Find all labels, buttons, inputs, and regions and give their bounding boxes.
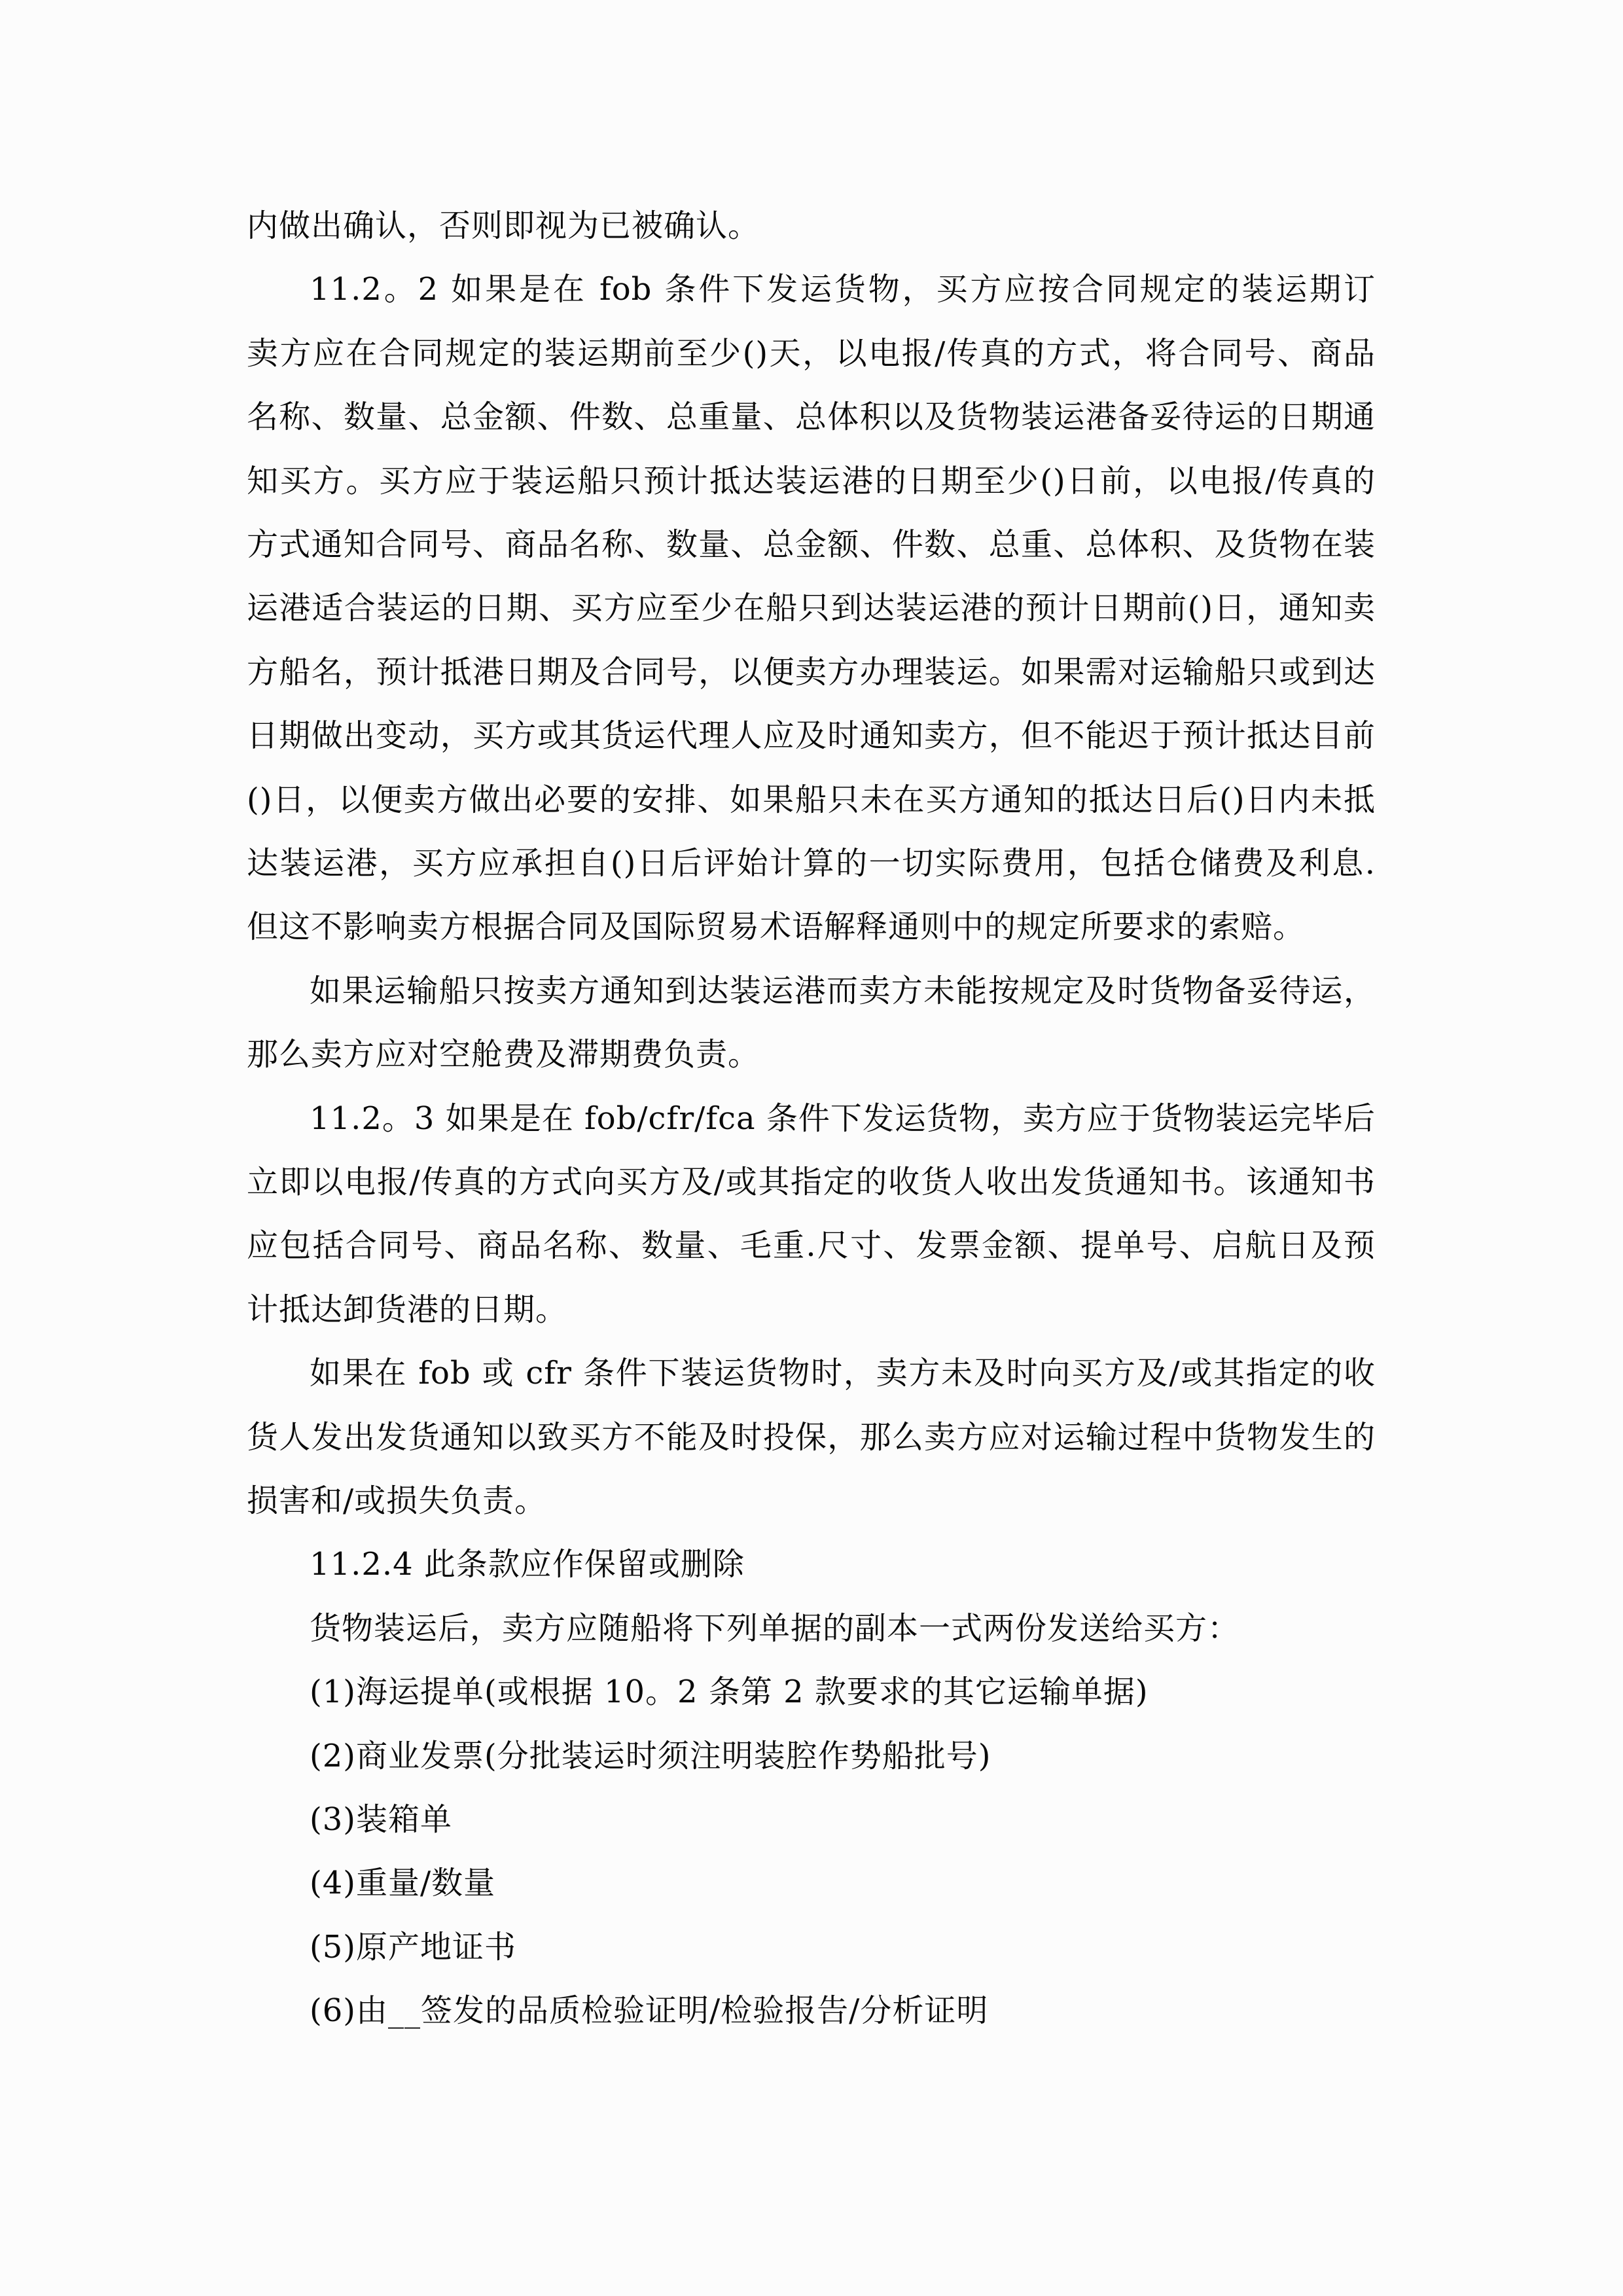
text-line: 货人发出发货通知以致买方不能及时投保，那么卖方应对运输过程中货物发生的: [247, 1418, 1376, 1457]
text-line: 卖方应在合同规定的装运期前至少()天，以电报/传真的方式，将合同号、商品: [247, 334, 1376, 373]
text-line: (4)重量/数量: [310, 1863, 1376, 1903]
text-line: (6)由__签发的品质检验证明/检验报告/分析证明: [310, 1991, 1376, 2030]
text-line: 名称、数量、总金额、件数、总重量、总体积以及货物装运港备妥待运的日期通: [247, 397, 1376, 437]
text-line: 11.2。2 如果是在 fob 条件下发运货物，买方应按合同规定的装运期订舱。: [310, 270, 1376, 309]
text-line: 那么卖方应对空舱费及滞期费负责。: [247, 1035, 1376, 1074]
text-line: (1)海运提单(或根据 10。2 条第 2 款要求的其它运输单据): [310, 1672, 1376, 1712]
text-line: (2)商业发票(分批装运时须注明装腔作势船批号): [310, 1736, 1376, 1776]
text-line: (3)装箱单: [310, 1800, 1376, 1839]
text-line: 运港适合装运的日期、买方应至少在船只到达装运港的预计日期前()日，通知卖: [247, 588, 1376, 628]
text-line: ()日，以便卖方做出必要的安排、如果船只未在买方通知的抵达日后()日内未抵: [247, 780, 1376, 819]
text-line: 货物装运后，卖方应随船将下列单据的副本一式两份发送给买方：: [310, 1609, 1376, 1648]
text-line: 立即以电报/传真的方式向买方及/或其指定的收货人收出发货通知书。该通知书: [247, 1162, 1376, 1202]
text-line: 内做出确认，否则即视为已被确认。: [247, 206, 1376, 245]
text-line: 如果运输船只按卖方通知到达装运港而卖方未能按规定及时货物备妥待运，: [310, 971, 1376, 1011]
text-line: 11.2。3 如果是在 fob/cfr/fca 条件下发运货物，卖方应于货物装运…: [310, 1099, 1376, 1138]
text-line: 应包括合同号、商品名称、数量、毛重.尺寸、发票金额、提单号、启航日及预: [247, 1226, 1376, 1265]
text-line: 损害和/或损失负责。: [247, 1481, 1376, 1520]
text-line: 方船名，预计抵港日期及合同号，以便卖方办理装运。如果需对运输船只或到达: [247, 653, 1376, 692]
text-line: 如果在 fob 或 cfr 条件下装运货物时，卖方未及时向买方及/或其指定的收: [310, 1354, 1376, 1393]
document-page: 内做出确认，否则即视为已被确认。11.2。2 如果是在 fob 条件下发运货物，…: [0, 0, 1623, 2296]
text-line: 方式通知合同号、商品名称、数量、总金额、件数、总重、总体积、及货物在装: [247, 525, 1376, 564]
text-line: 但这不影响卖方根据合同及国际贸易术语解释通则中的规定所要求的索赔。: [247, 907, 1376, 946]
text-line: 11.2.4 此条款应作保留或删除: [310, 1545, 1376, 1584]
text-line: 知买方。买方应于装运船只预计抵达装运港的日期至少()日前，以电报/传真的: [247, 461, 1376, 501]
text-line: 计抵达卸货港的日期。: [247, 1290, 1376, 1329]
text-line: 日期做出变动，买方或其货运代理人应及时通知卖方，但不能迟于预计抵达目前: [247, 716, 1376, 755]
text-line: (5)原产地证书: [310, 1928, 1376, 1967]
text-line: 达装运港，买方应承担自()日后评始计算的一切实际费用，包括仓储费及利息.: [247, 844, 1376, 883]
